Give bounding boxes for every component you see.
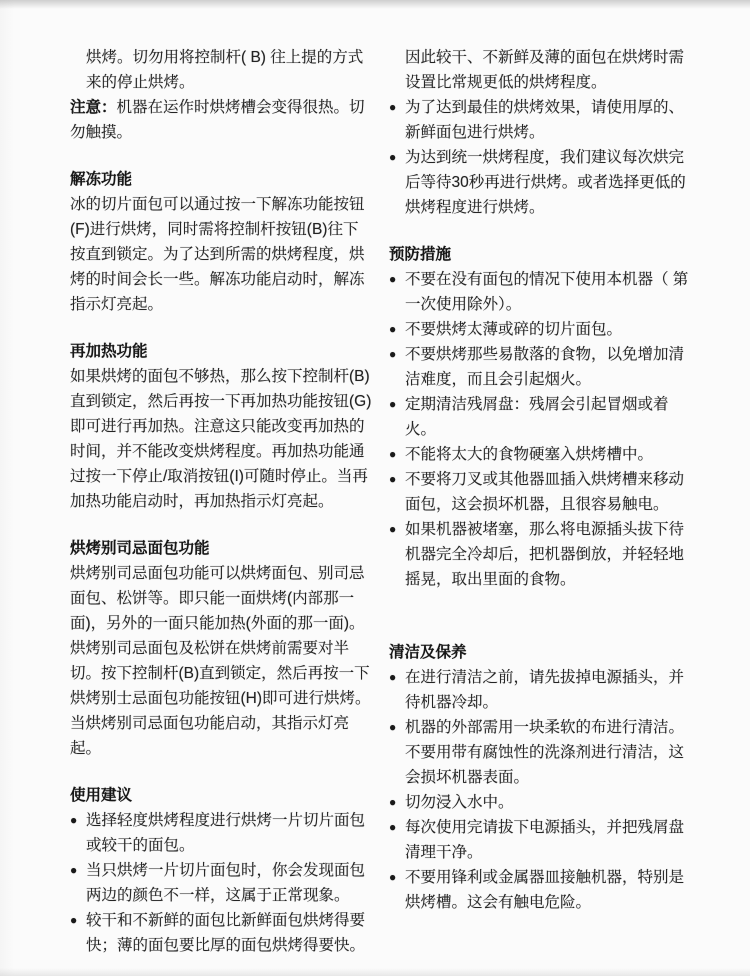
note-label: 注意： <box>70 99 117 116</box>
section-body-defrost: 冰的切片面包可以通过按一下解冻功能按钮(F)进行烘烤，同时需将控制杆按钮(B)往… <box>70 192 373 317</box>
bullet-text: 机器的外部需用一块柔软的布进行清洁。不要用带有腐蚀性的洗涤剂进行清洁，这会损坏机… <box>405 719 684 786</box>
bullet-text: 每次使用完请拔下电源插头，并把残屑盘清理干净。 <box>405 819 684 861</box>
bullet-icon: ● <box>389 467 396 492</box>
bullet-item: ●不要烘烤太薄或碎的切片面包。 <box>389 317 696 342</box>
bullet-item: ●机器的外部需用一块柔软的布进行清洁。不要用带有腐蚀性的洗涤剂进行清洁，这会损坏… <box>389 715 696 790</box>
continuation-paragraph: 烘烤。切勿用将控制杆( B) 往上提的方式来的停止烘烤。 <box>70 45 373 95</box>
note-paragraph: 注意：机器在运作时烘烤槽会变得很热。切勿触摸。 <box>70 95 373 145</box>
bullet-text: 如果机器被堵塞，那么将电源插头拔下待机器完全冷却后，把机器倒放，并轻轻地摇晃，取… <box>405 521 684 588</box>
section-heading-cleaning: 清洁及保养 <box>389 640 696 665</box>
left-column: 烘烤。切勿用将控制杆( B) 往上提的方式来的停止烘烤。 注意：机器在运作时烘烤… <box>70 45 373 958</box>
section-heading-defrost: 解冻功能 <box>70 167 373 192</box>
bullet-item: ●较干和不新鲜的面包比新鲜面包烘烤得要快；薄的面包要比厚的面包烘烤得要快。 <box>70 908 373 958</box>
bullet-item: ●不要用锋利或金属器皿接触机器，特别是烘烤槽。这会有触电危险。 <box>389 865 696 915</box>
continuation-paragraph: 因此较干、不新鲜及薄的面包在烘烤时需设置比常规更低的烘烤程度。 <box>389 45 696 95</box>
bullet-icon: ● <box>389 865 396 890</box>
bullet-item: ●每次使用完请拔下电源插头，并把残屑盘清理干净。 <box>389 815 696 865</box>
bullet-icon: ● <box>389 815 396 840</box>
bullet-icon: ● <box>389 665 396 690</box>
section-heading-usage-tips: 使用建议 <box>70 783 373 808</box>
bullet-text: 当只烘烤一片切片面包时，你会发现面包两边的颜色不一样，这属于正常现象。 <box>86 862 365 904</box>
bullet-text: 为达到统一烘烤程度，我们建议每次烘完后等待30秒再进行烘烤。或者选择更低的烘烤程… <box>405 149 686 216</box>
bullet-text: 不要在没有面包的情况下使用本机器（ 第一次使用除外）。 <box>405 271 688 313</box>
bullet-text: 定期清洁残屑盘：残屑会引起冒烟或着火。 <box>405 396 669 438</box>
bullet-icon: ● <box>389 317 396 342</box>
bullet-icon: ● <box>389 267 396 292</box>
bullet-icon: ● <box>70 908 77 933</box>
bullet-icon: ● <box>389 517 396 542</box>
bullet-icon: ● <box>389 95 396 120</box>
bullet-item: ●切勿浸入水中。 <box>389 790 696 815</box>
section-body-reheat: 如果烘烤的面包不够热，那么按下控制杆(B)直到锁定，然后再按一下再加热功能按钮(… <box>70 364 373 514</box>
bullet-text: 为了达到最佳的烘烤效果，请使用厚的、新鲜面包进行烘烤。 <box>405 99 684 141</box>
bullet-text: 不要将刀叉或其他器皿插入烘烤槽来移动面包，这会损坏机器，且很容易触电。 <box>405 471 684 513</box>
section-heading-reheat: 再加热功能 <box>70 339 373 364</box>
bullet-item: ●为达到统一烘烤程度，我们建议每次烘完后等待30秒再进行烘烤。或者选择更低的烘烤… <box>389 145 696 220</box>
bullet-item: ●如果机器被堵塞，那么将电源插头拔下待机器完全冷却后，把机器倒放，并轻轻地摇晃，… <box>389 517 696 592</box>
bullet-text: 较干和不新鲜的面包比新鲜面包烘烤得要快；薄的面包要比厚的面包烘烤得要快。 <box>86 912 365 954</box>
bullet-item: ●选择轻度烘烤程度进行烘烤一片切片面包或较干的面包。 <box>70 808 373 858</box>
bullet-text: 不能将太大的食物硬塞入烘烤槽中。 <box>405 446 653 463</box>
bullet-text: 选择轻度烘烤程度进行烘烤一片切片面包或较干的面包。 <box>86 812 365 854</box>
manual-page: 烘烤。切勿用将控制杆( B) 往上提的方式来的停止烘烤。 注意：机器在运作时烘烤… <box>0 0 750 976</box>
bullet-item: ●不要在没有面包的情况下使用本机器（ 第一次使用除外）。 <box>389 267 696 317</box>
section-heading-bagel: 烘烤别司忌面包功能 <box>70 536 373 561</box>
bullet-text: 不要用锋利或金属器皿接触机器，特别是烘烤槽。这会有触电危险。 <box>405 869 684 911</box>
bullet-item: ●不能将太大的食物硬塞入烘烤槽中。 <box>389 442 696 467</box>
bullet-icon: ● <box>389 442 396 467</box>
bullet-item: ●为了达到最佳的烘烤效果，请使用厚的、新鲜面包进行烘烤。 <box>389 95 696 145</box>
bullet-icon: ● <box>389 392 396 417</box>
bullet-item: ●当只烘烤一片切片面包时，你会发现面包两边的颜色不一样，这属于正常现象。 <box>70 858 373 908</box>
bullet-text: 不要烘烤那些易散落的食物，以免增加清洁难度，而且会引起烟火。 <box>405 346 684 388</box>
bullet-icon: ● <box>389 715 396 740</box>
bullet-icon: ● <box>70 808 77 833</box>
bullet-icon: ● <box>389 790 396 815</box>
bullet-item: ●在进行清洁之前，请先拔掉电源插头，并待机器冷却。 <box>389 665 696 715</box>
section-heading-precautions: 预防措施 <box>389 242 696 267</box>
section-body-bagel: 烘烤别司忌面包功能可以烘烤面包、别司忌面包、松饼等。即只能一面烘烤(内部那一面)… <box>70 561 373 761</box>
bullet-item: ●定期清洁残屑盘：残屑会引起冒烟或着火。 <box>389 392 696 442</box>
bullet-item: ●不要烘烤那些易散落的食物，以免增加清洁难度，而且会引起烟火。 <box>389 342 696 392</box>
bullet-icon: ● <box>389 145 396 170</box>
bullet-icon: ● <box>70 858 77 883</box>
bullet-item: ●不要将刀叉或其他器皿插入烘烤槽来移动面包，这会损坏机器，且很容易触电。 <box>389 467 696 517</box>
right-column: 因此较干、不新鲜及薄的面包在烘烤时需设置比常规更低的烘烤程度。 ●为了达到最佳的… <box>389 45 696 915</box>
bullet-icon: ● <box>389 342 396 367</box>
bullet-text: 切勿浸入水中。 <box>405 794 514 811</box>
bullet-text: 不要烘烤太薄或碎的切片面包。 <box>405 321 622 338</box>
bullet-text: 在进行清洁之前，请先拔掉电源插头，并待机器冷却。 <box>405 669 684 711</box>
